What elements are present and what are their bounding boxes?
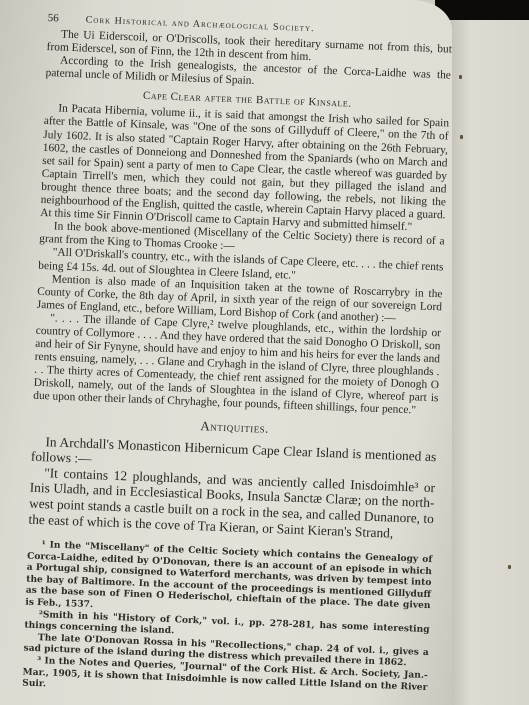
facing-page-edge — [445, 20, 529, 705]
book-page: 56 Cork Historical and Archæological Soc… — [0, 0, 452, 705]
paper-speck — [508, 565, 511, 569]
page-number: 56 — [48, 12, 78, 25]
quote-paragraph: ". . . . The illande of Cape Clyre,² twe… — [33, 312, 441, 419]
paper-speck — [459, 75, 462, 79]
paper-speck — [460, 135, 463, 139]
footnotes: ¹ In the "Miscellany" of the Celtic Soci… — [22, 539, 432, 705]
page-content: 56 Cork Historical and Archæological Soc… — [22, 12, 453, 705]
body-paragraph: In Pacata Hibernia, volume ii., it is sa… — [40, 102, 449, 235]
